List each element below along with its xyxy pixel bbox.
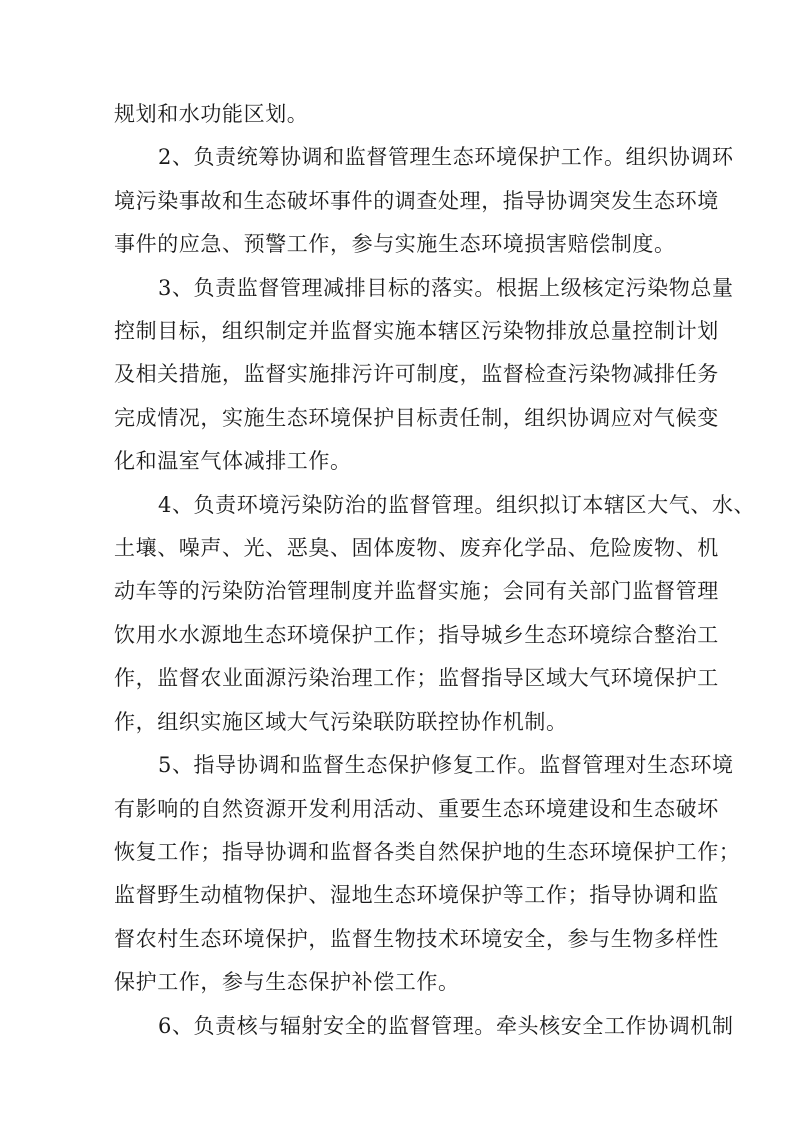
text-line: 规划和水功能区划。 bbox=[114, 93, 682, 136]
text-line: 作，组织实施区域大气污染联防联控协作机制。 bbox=[114, 701, 682, 744]
text-line: 动车等的污染防治管理制度并监督实施；会同有关部门监督管理 bbox=[114, 570, 682, 613]
paragraph-4: 4、负责环境污染防治的监督管理。组织拟订本辖区大气、水、 土壤、噪声、光、恶臭、… bbox=[114, 484, 682, 744]
paragraph-5: 5、指导协调和监督生态保护修复工作。监督管理对生态环境 有影响的自然资源开发利用… bbox=[114, 744, 682, 1004]
text-line: 完成情况，实施生态环境保护目标责任制，组织协调应对气候变 bbox=[114, 397, 682, 440]
text-line: 恢复工作；指导协调和监督各类自然保护地的生态环境保护工作； bbox=[114, 831, 682, 874]
paragraph-1-continuation: 规划和水功能区划。 bbox=[114, 93, 682, 136]
text-line: 有影响的自然资源开发利用活动、重要生态环境建设和生态破坏 bbox=[114, 788, 682, 831]
text-line: 3、负责监督管理减排目标的落实。根据上级核定污染物总量 bbox=[114, 267, 682, 310]
text-line: 4、负责环境污染防治的监督管理。组织拟订本辖区大气、水、 bbox=[114, 484, 682, 527]
paragraph-2: 2、负责统筹协调和监督管理生态环境保护工作。组织协调环 境污染事故和生态破坏事件… bbox=[114, 136, 682, 266]
text-line: 保护工作，参与生态保护补偿工作。 bbox=[114, 961, 682, 1004]
text-line: 控制目标，组织制定并监督实施本辖区污染物排放总量控制计划 bbox=[114, 310, 682, 353]
text-line: 5、指导协调和监督生态保护修复工作。监督管理对生态环境 bbox=[114, 744, 682, 787]
text-line: 督农村生态环境保护，监督生物技术环境安全，参与生物多样性 bbox=[114, 918, 682, 961]
text-line: 2、负责统筹协调和监督管理生态环境保护工作。组织协调环 bbox=[114, 136, 682, 179]
text-line: 监督野生动植物保护、湿地生态环境保护等工作；指导协调和监 bbox=[114, 874, 682, 917]
text-line: 事件的应急、预警工作，参与实施生态环境损害赔偿制度。 bbox=[114, 223, 682, 266]
text-line: 作，监督农业面源污染治理工作；监督指导区域大气环境保护工 bbox=[114, 657, 682, 700]
paragraph-3: 3、负责监督管理减排目标的落实。根据上级核定污染物总量 控制目标，组织制定并监督… bbox=[114, 267, 682, 484]
text-line: 饮用水水源地生态环境保护工作；指导城乡生态环境综合整治工 bbox=[114, 614, 682, 657]
document-page: 规划和水功能区划。 2、负责统筹协调和监督管理生态环境保护工作。组织协调环 境污… bbox=[114, 93, 682, 1048]
paragraph-6: 6、负责核与辐射安全的监督管理。牵头核安全工作协调机制 bbox=[114, 1005, 682, 1048]
text-line: 及相关措施，监督实施排污许可制度，监督检查污染物减排任务 bbox=[114, 353, 682, 396]
text-line: 土壤、噪声、光、恶臭、固体废物、废弃化学品、危险废物、机 bbox=[114, 527, 682, 570]
text-line: 化和温室气体减排工作。 bbox=[114, 440, 682, 483]
text-line: 境污染事故和生态破坏事件的调查处理，指导协调突发生态环境 bbox=[114, 180, 682, 223]
text-line: 6、负责核与辐射安全的监督管理。牵头核安全工作协调机制 bbox=[114, 1005, 682, 1048]
